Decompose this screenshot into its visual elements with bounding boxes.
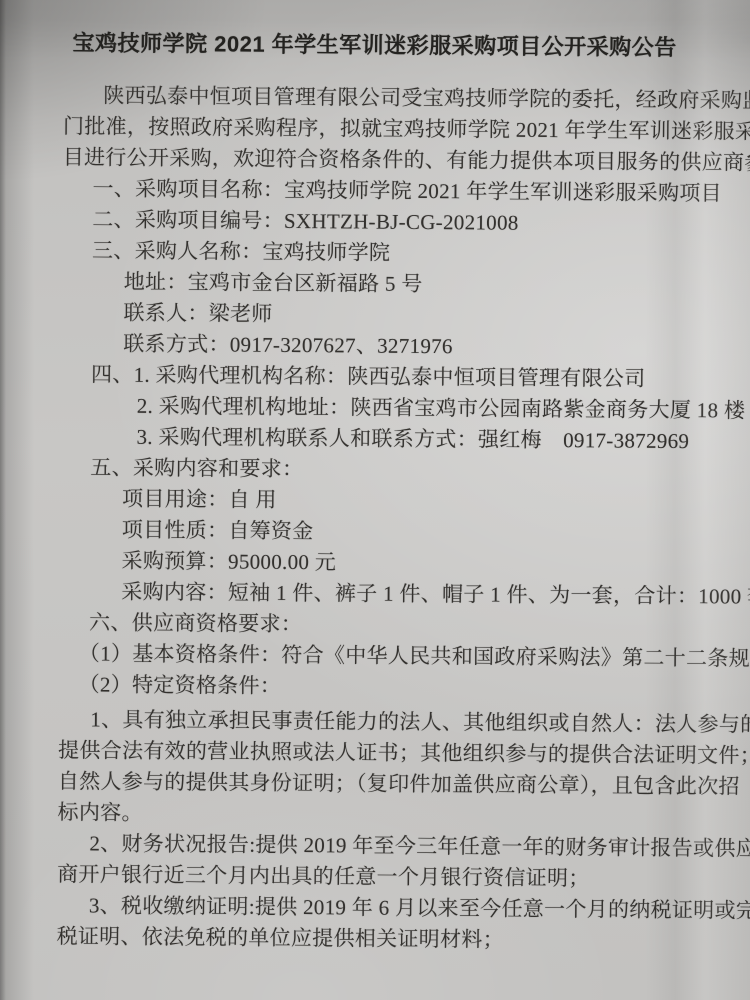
document-line: 采购内容：短袖 1 件、裤子 1 件、帽子 1 件、为一套，合计：1000 套。 [121, 581, 709, 608]
document-line: 二、采购项目编号：SXHTZH-BJ-CG-2021008 [92, 208, 712, 235]
document-line: 一、采购项目名称：宝鸡技师学院 2021 年学生军训迷彩服采购项目 [92, 177, 712, 204]
document-title: 宝鸡技师学院 2021 年学生军训迷彩服采购项目公开采购公告 [36, 28, 714, 63]
document-line: 3、税收缴纳证明:提供 2019 年 6 月以来至今任意一个月的纳税证明或完 [57, 894, 707, 921]
document-line: （1）基本资格条件：符合《中华人民共和国政府采购法》第二十二条规定； [79, 642, 709, 669]
document-line: 项目性质：自筹资金 [122, 519, 710, 546]
document-line: 自然人参与的提供其身份证明；（复印件加盖供应商公章），且包含此次招 [58, 770, 708, 797]
document-line: 3. 采购代理机构联系人和联系方式：强红梅 0917-3872969 [136, 426, 710, 453]
document-line: 联系方式：0917-3207627、3271976 [123, 333, 711, 360]
document-line: 提供合法有效的营业执照或法人证书；其他组织参与的提供合法证明文件； [58, 739, 708, 766]
document-line: 地址：宝鸡市金台区新福路 5 号 [124, 271, 712, 298]
document-line: （2）特定资格条件： [79, 673, 709, 700]
document-line: 税证明、依法免税的单位应提供相关证明材料； [57, 925, 707, 952]
document-line: 六、供应商资格要求： [89, 611, 709, 638]
document-line: 标内容。 [58, 801, 708, 828]
document-line: 采购预算：95000.00 元 [122, 550, 710, 577]
document-line: 门批准，按照政府采购程序，拟就宝鸡技师学院 2021 年学生军训迷彩服采购项 [63, 115, 713, 142]
document-line: 商开户银行近三个月内出具的任意一个月银行资信证明； [57, 863, 707, 890]
document-line: 2、财务状况报告:提供 2019 年至今三年任意一年的财务审计报告或供应 [57, 832, 707, 859]
document-line: 目进行公开采购，欢迎符合资格条件的、有能力提供本项目服务的供应商参加。 [63, 146, 713, 173]
document-body: 陕西弘泰中恒项目管理有限公司受宝鸡技师学院的委托，经政府采购监管部门批准，按照政… [57, 84, 714, 952]
document-page: 宝鸡技师学院 2021 年学生军训迷彩服采购项目公开采购公告 陕西弘泰中恒项目管… [0, 0, 750, 962]
document-line: 项目用途：自 用 [122, 488, 710, 515]
document-line: 2. 采购代理机构地址：陕西省宝鸡市公园南路紫金商务大厦 18 楼 [137, 395, 711, 422]
document-line: 四、1. 采购代理机构名称：陕西弘泰中恒项目管理有限公司 [91, 363, 711, 390]
document-line: 1、具有独立承担民事责任能力的法人、其他组织或自然人：法人参与的 [58, 708, 708, 735]
document-line: 陕西弘泰中恒项目管理有限公司受宝鸡技师学院的委托，经政府采购监管部 [63, 84, 713, 111]
document-line: 五、采购内容和要求： [90, 456, 710, 483]
scanned-document-photo: 宝鸡技师学院 2021 年学生军训迷彩服采购项目公开采购公告 陕西弘泰中恒项目管… [0, 0, 750, 1000]
document-line: 三、采购人名称：宝鸡技师学院 [92, 239, 712, 266]
document-line: 联系人：梁老师 [123, 302, 711, 329]
